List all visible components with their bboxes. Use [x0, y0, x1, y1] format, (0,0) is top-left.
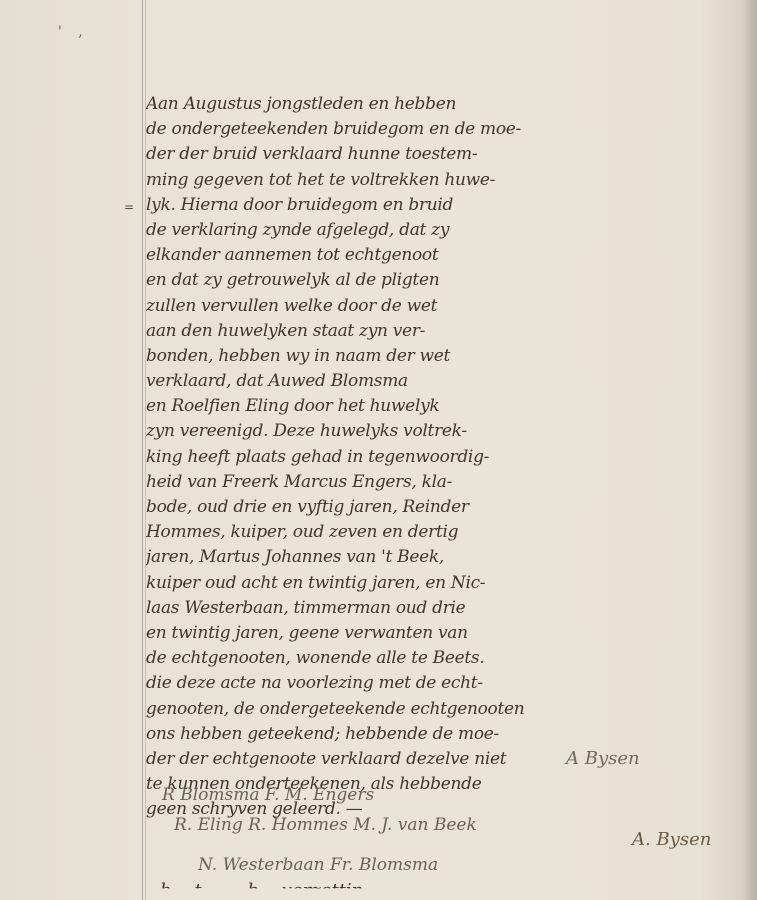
- text-line: der der bruid verklaard hunne toestem-: [146, 142, 754, 167]
- text-line: king heeft plaats gehad in tegenwoordig-: [146, 445, 754, 470]
- text-line: der der echtgenoote verklaard dezelve ni…: [146, 747, 754, 772]
- text-line: kuiper oud acht en twintig jaren, en Nic…: [146, 571, 754, 596]
- text-line: en Roelfien Eling door het huwelyk: [146, 394, 754, 419]
- official-signature: A. Bysen: [632, 829, 711, 850]
- margin-rule: [142, 0, 143, 900]
- text-line: Hommes, kuiper, oud zeven en dertig: [146, 520, 754, 545]
- text-line: Aan Augustus jongstleden en hebben: [146, 92, 754, 117]
- text-line: ming gegeven tot het te voltrekken huwe-: [146, 168, 754, 193]
- text-line: verklaard, dat Auwed Blomsma: [146, 369, 754, 394]
- text-line: zyn vereenigd. Deze huwelyks voltrek-: [146, 419, 754, 444]
- text-line: bonden, hebben wy in naam der wet: [146, 344, 754, 369]
- text-line: de ondergeteekenden bruidegom en de moe-: [146, 117, 754, 142]
- corner-ink-mark: ' ,: [58, 24, 89, 40]
- signature-block: R Blomsma F. M. Engers R. Eling R. Homme…: [146, 785, 754, 895]
- text-line: de verklaring zynde afgelegd, dat zy: [146, 218, 754, 243]
- signature-line: R. Eling R. Hommes M. J. van Beek: [174, 815, 477, 835]
- text-line: en dat zy getrouwelyk al de pligten: [146, 268, 754, 293]
- text-line: genooten, de ondergeteekende echtgenoote…: [146, 697, 754, 722]
- inline-signature: A Bysen: [566, 748, 640, 769]
- signature-line: R Blomsma F. M. Engers: [162, 785, 374, 805]
- text-line: ons hebben geteekend; hebbende de moe-: [146, 722, 754, 747]
- text-line: zullen vervullen welke door de wet: [146, 294, 754, 319]
- text-line: jaren, Martus Johannes van 't Beek,: [146, 545, 754, 570]
- margin-mark: =: [124, 200, 134, 214]
- register-page: ' , = Aan Augustus jongstleden en hebben…: [0, 0, 757, 900]
- text-line: en twintig jaren, geene verwanten van: [146, 621, 754, 646]
- text-line: die deze acte na voorlezing met de echt-: [146, 671, 754, 696]
- handwritten-body: Aan Augustus jongstleden en hebben de on…: [146, 92, 754, 822]
- text-line: lyk. Hierna door bruidegom en bruid: [146, 193, 754, 218]
- signature-line: N. Westerbaan Fr. Blomsma: [198, 855, 438, 875]
- text-line: elkander aannemen tot echtgenoot: [146, 243, 754, 268]
- text-line: heid van Freerk Marcus Engers, kla-: [146, 470, 754, 495]
- text-line: laas Westerbaan, timmerman oud drie: [146, 596, 754, 621]
- text-line: bode, oud drie en vyftig jaren, Reinder: [146, 495, 754, 520]
- text-line: de echtgenooten, wonende alle te Beets.: [146, 646, 754, 671]
- text-line: aan den huwelyken staat zyn ver-: [146, 319, 754, 344]
